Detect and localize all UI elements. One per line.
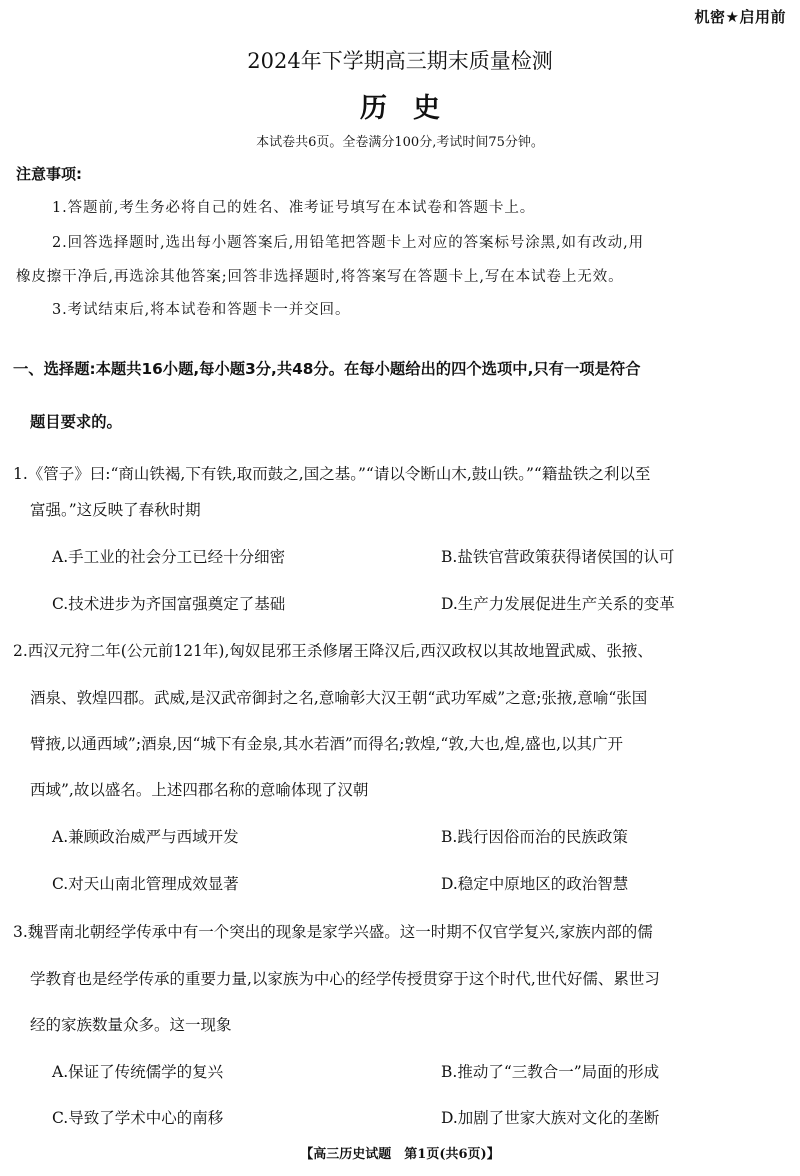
- option-b: B.盐铁官营政策获得诸侯国的认可: [441, 545, 674, 567]
- option-c: C.导致了学术中心的南移: [52, 1106, 223, 1128]
- exam-info: 本试卷共6页。全卷满分100分,考试时间75分钟。: [0, 131, 800, 150]
- section-heading-cont: 题目要求的。: [30, 410, 122, 432]
- notice-heading: 注意事项:: [16, 163, 82, 184]
- notice-line-4: 3.考试结束后,将本试卷和答题卡一并交回。: [52, 298, 350, 319]
- option-b: B.推动了“三教合一”局面的形成: [441, 1060, 659, 1082]
- option-b: B.践行因俗而治的民族政策: [441, 825, 628, 847]
- question-text: 2.西汉元狩二年(公元前121年),匈奴昆邪王杀修屠王降汉后,西汉政权以其故地置…: [13, 639, 653, 661]
- option-c: C.对天山南北管理成效显著: [52, 872, 239, 894]
- confidential-label: 机密★启用前: [695, 6, 786, 27]
- question-text: 经的家族数量众多。这一现象: [30, 1013, 232, 1035]
- notice-line-2: 2.回答选择题时,选出每小题答案后,用铅笔把答题卡上对应的答案标号涂黑,如有改动…: [52, 231, 644, 252]
- subject-title: 历史: [0, 86, 800, 125]
- question-text: 酒泉、敦煌四郡。武威,是汉武帝御封之名,意喻彰大汉王朝“武功军威”之意;张掖,意…: [30, 686, 647, 708]
- section-heading: 一、选择题:本题共16小题,每小题3分,共48分。在每小题给出的四个选项中,只有…: [13, 357, 640, 379]
- notice-line-1: 1.答题前,考生务必将自己的姓名、准考证号填写在本试卷和答题卡上。: [52, 196, 535, 217]
- exam-title: 2024年下学期高三期末质量检测: [0, 45, 800, 75]
- question-text: 臂掖,以通西域”;酒泉,因“城下有金泉,其水若酒”而得名;敦煌,“敦,大也,煌,…: [30, 732, 623, 754]
- option-c: C.技术进步为齐国富强奠定了基础: [52, 592, 285, 614]
- question-text: 富强。”这反映了春秋时期: [30, 498, 201, 520]
- question-text: 西域”,故以盛名。上述四郡名称的意喻体现了汉朝: [30, 778, 368, 800]
- option-d: D.稳定中原地区的政治智慧: [441, 872, 628, 894]
- option-a: A.兼顾政治威严与西域开发: [52, 825, 239, 847]
- question-text: 学教育也是经学传承的重要力量,以家族为中心的经学传授贯穿于这个时代,世代好儒、累…: [30, 967, 660, 989]
- notice-line-3: 橡皮擦干净后,再选涂其他答案;回答非选择题时,将答案写在答题卡上,写在本试卷上无…: [16, 265, 624, 286]
- option-d: D.加剧了世家大族对文化的垄断: [441, 1106, 659, 1128]
- question-text: 3.魏晋南北朝经学传承中有一个突出的现象是家学兴盛。这一时期不仅官学复兴,家族内…: [13, 920, 653, 942]
- page-footer: 【高三历史试题 第1页(共6页)】: [0, 1143, 800, 1162]
- option-d: D.生产力发展促进生产关系的变革: [441, 592, 675, 614]
- question-text: 1.《管子》曰:“商山铁褐,下有铁,取而鼓之,国之基。”“请以令断山木,鼓山铁。…: [13, 462, 650, 484]
- option-a: A.手工业的社会分工已经十分细密: [52, 545, 285, 567]
- option-a: A.保证了传统儒学的复兴: [52, 1060, 223, 1082]
